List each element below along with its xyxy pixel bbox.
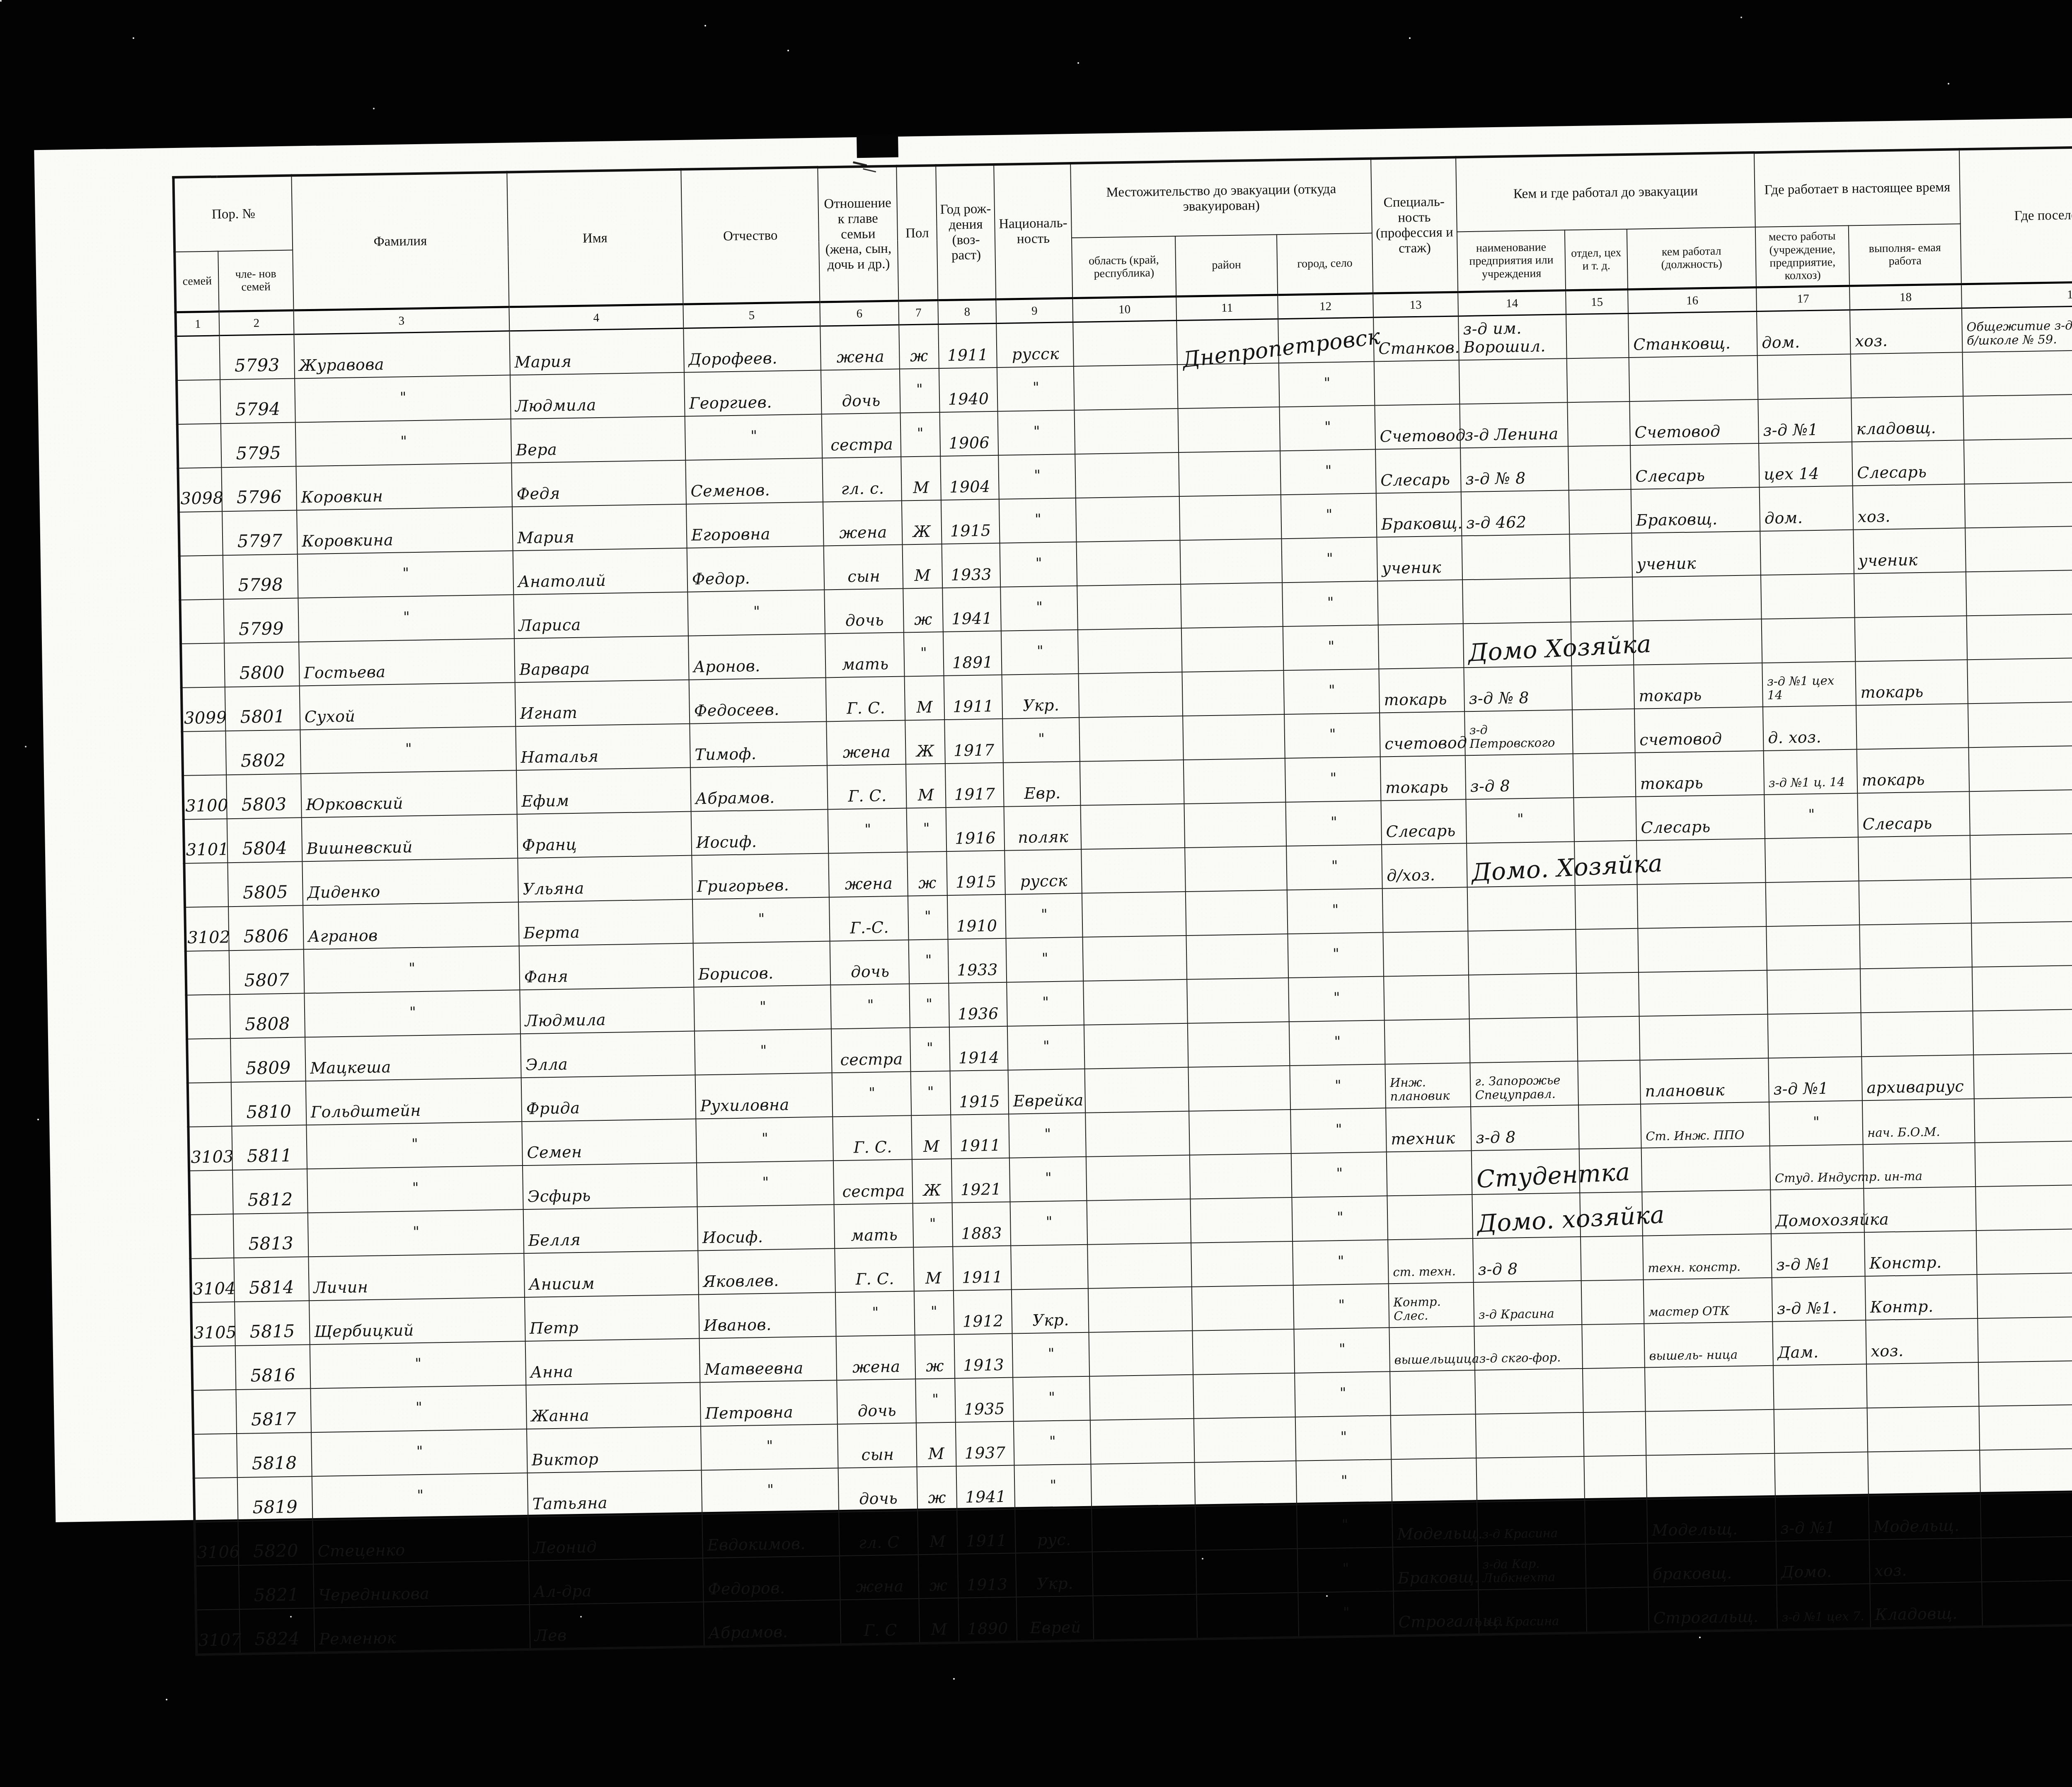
cell-vyp: Контр. (1865, 1274, 1978, 1320)
cell-nat (1011, 1245, 1088, 1290)
cell-otd (1573, 753, 1636, 798)
header-sub-members: чле- нов семей (218, 250, 293, 312)
cell-mes: Домохозяйка (1770, 1188, 1864, 1234)
cell-spec: Слесарь (1375, 448, 1461, 493)
handwritten-entry: нач. Б.О.М. (1867, 1125, 1940, 1140)
cell-sex: Ж (905, 720, 945, 764)
cell-spec: техник (1386, 1107, 1472, 1152)
cell-rel: жена (820, 325, 900, 370)
cell-kem: счетовод (1634, 707, 1764, 753)
cell-yr: 1914 (949, 1026, 1008, 1071)
cell-rel: дочь (824, 589, 904, 634)
cell-nat: " (1013, 1376, 1090, 1422)
cell-pred (1467, 885, 1576, 931)
header-poselen: Где поселен (адрес) (1959, 146, 2072, 284)
cell-vyp: Кладовщ. (1870, 1582, 1982, 1628)
cell-pred: г. Запорожье Спецуправл. (1470, 1061, 1578, 1107)
cell-sur: Гольдштейн (306, 1078, 522, 1125)
cell-n: 5810 (231, 1081, 307, 1126)
cell-pos: " (1973, 1008, 2072, 1055)
cell-sex: М (919, 1598, 959, 1643)
cell-pos: " (1970, 832, 2072, 879)
cell-pat: Дорофеев. (683, 326, 821, 372)
cell-sur: Стеценко (312, 1517, 529, 1564)
cell-obl (1087, 1243, 1192, 1289)
cell-sex: ж (915, 1335, 955, 1379)
handwritten-entry: з-д скго-фор. (1479, 1351, 1561, 1366)
cell-rel: гл. С (839, 1511, 918, 1556)
cell-obl (1091, 1463, 1195, 1508)
cell-n: 5818 (237, 1432, 312, 1477)
cell-mes: з-д №1. (1772, 1276, 1866, 1322)
cell-gor: " (1293, 1240, 1389, 1285)
cell-obl (1075, 409, 1179, 454)
cell-sex: М (901, 456, 941, 501)
cell-pred: Студентка (1472, 1149, 1580, 1195)
cell-kem: вышель- ница (1644, 1322, 1773, 1368)
header-mesto-raboty: место работы (учреждение, предприятие, к… (1755, 226, 1849, 288)
cell-sur: Вишневский (302, 814, 518, 861)
cell-sex: " (914, 1291, 954, 1335)
cell-f (187, 1038, 231, 1083)
cell-pos: " (1969, 788, 2072, 835)
cell-yr: 1935 (955, 1378, 1014, 1422)
cell-nat: " (1007, 1025, 1085, 1070)
cell-nam: Виктор (527, 1426, 702, 1473)
cell-yr: 1915 (946, 851, 1005, 895)
cell-spec: Инж. плановик (1385, 1063, 1471, 1108)
cell-pos: " (1975, 1139, 2072, 1187)
cell-sex: " (915, 1378, 956, 1423)
cell-sur: Журавова (294, 331, 510, 379)
cell-otd (1581, 1236, 1644, 1281)
cell-gor: " (1285, 800, 1382, 846)
cell-sur: " (304, 946, 520, 993)
handwritten-entry: вышельщица (1394, 1352, 1479, 1367)
cell-nat: " (1001, 630, 1079, 675)
cell-pos (1980, 1490, 2072, 1538)
cell-spec: Контр. Слес. (1389, 1282, 1474, 1328)
cell-pred: з-д Красина (1477, 1500, 1585, 1546)
cell-mes: дом. (1760, 486, 1854, 531)
cell-kem (1637, 883, 1767, 929)
cell-sur: Ременюк (314, 1605, 530, 1653)
header-birth-year: Год рож- дения (воз- раст) (936, 164, 996, 300)
cell-gor: " (1298, 1591, 1394, 1637)
cell-spec (1384, 975, 1469, 1020)
cell-rel: " (830, 984, 910, 1029)
header-oblast: область (край, республика) (1072, 236, 1176, 298)
cell-gor: " (1282, 581, 1378, 627)
cell-pos: " (1963, 393, 2072, 440)
cell-vyp (1858, 835, 1971, 881)
cell-pat: " (694, 985, 831, 1031)
cell-obl (1087, 1199, 1191, 1245)
cell-nam: Лариса (513, 592, 688, 639)
cell-kem: Модельщ. (1647, 1497, 1776, 1543)
cell-sur: " (298, 595, 514, 642)
cell-kem: техн. констр. (1643, 1234, 1772, 1280)
cell-nam: Татьяна (528, 1470, 702, 1517)
cell-otd (1568, 445, 1631, 490)
cell-pred: з-д № 8 (1464, 666, 1572, 711)
cell-n: 5814 (234, 1257, 309, 1302)
cell-nat: Укр. (1012, 1289, 1089, 1334)
cell-yr: 1911 (938, 323, 997, 368)
header-otdel: отдел, цех и т. д. (1565, 229, 1628, 290)
cell-sur: Чередникова (313, 1561, 530, 1608)
cell-yr: 1937 (956, 1422, 1014, 1466)
cell-obl (1089, 1375, 1194, 1420)
cell-sex: Ж (902, 500, 942, 544)
cell-pred: з-д Ленина (1460, 402, 1568, 448)
cell-obl (1085, 1111, 1190, 1157)
cell-rel: Г. С. (833, 1115, 912, 1161)
cell-nat: Евр. (1003, 762, 1081, 807)
cell-pred: з-д скго-фор. (1474, 1325, 1583, 1370)
cell-gor: " (1281, 493, 1377, 539)
cell-f: 3104 (190, 1258, 235, 1303)
cell-nam: Жанна (526, 1382, 701, 1429)
cell-sex: " (900, 368, 940, 413)
cell-yr: 1890 (959, 1597, 1017, 1643)
cell-spec: токарь (1380, 755, 1466, 800)
cell-spec (1382, 887, 1468, 932)
cell-sex: " (910, 1027, 950, 1071)
cell-n: 5793 (219, 334, 295, 380)
cell-sex: " (907, 808, 947, 852)
cell-pos (1982, 1578, 2072, 1626)
cell-pos: " (1963, 349, 2072, 396)
cell-nat: Укр. (1002, 674, 1080, 719)
cell-gor: " (1296, 1459, 1392, 1505)
cell-yr: 1940 (939, 368, 998, 412)
cell-rai (1196, 1593, 1299, 1639)
cell-rel: дочь (837, 1379, 916, 1424)
cell-rel: дочь (821, 369, 900, 414)
cell-sur: Диденко (302, 858, 518, 905)
cell-sur: Коровкина (297, 507, 513, 554)
cell-nam: Анна (525, 1338, 700, 1385)
cell-vyp (1861, 1011, 1974, 1057)
col-number: 3 (294, 307, 510, 334)
cell-gor: " (1293, 1284, 1389, 1329)
cell-pat: Егоровна (686, 502, 824, 548)
cell-pos: " (1969, 744, 2072, 791)
handwritten-entry: з-д Красина (1483, 1614, 1559, 1629)
cell-obl (1076, 496, 1180, 542)
cell-otd (1576, 929, 1639, 973)
cell-pat: Петровна (700, 1380, 838, 1426)
cell-f: 3100 (183, 775, 227, 820)
cell-vyp: хоз. (1866, 1318, 1978, 1364)
cell-pat: Иванов. (699, 1292, 836, 1338)
cell-otd (1586, 1587, 1649, 1633)
cell-rel: " (835, 1291, 915, 1336)
cell-pos (1979, 1403, 2072, 1450)
cell-nam: Элла (520, 1031, 695, 1078)
cell-kem: ученик (1631, 531, 1761, 577)
cell-n: 5813 (233, 1213, 309, 1258)
cell-pred: з-д 8 (1465, 754, 1574, 799)
cell-otd (1566, 313, 1629, 358)
cell-otd (1569, 489, 1632, 534)
cell-yr: 1911 (951, 1114, 1009, 1159)
cell-pred (1459, 358, 1568, 404)
cell-spec: Браковщ. (1393, 1546, 1479, 1591)
col-number: 16 (1628, 288, 1757, 314)
cell-pat: Федосеев. (689, 677, 827, 723)
cell-spec: ст. техн. (1388, 1238, 1474, 1284)
cell-mes: з-д №1 (1775, 1496, 1869, 1541)
cell-nam: Людмила (520, 987, 695, 1034)
cell-rel: Г. С. (827, 764, 907, 809)
cell-rel: жена (836, 1335, 916, 1380)
cell-pos: " (1975, 1183, 2072, 1231)
cell-pat: Евдокимов. (702, 1512, 840, 1558)
header-kem-rabotal: кем работал (должность) (1627, 227, 1756, 289)
cell-pred: з-да Кар. Либкнехта (1478, 1544, 1586, 1590)
cell-rai (1187, 978, 1289, 1023)
cell-vyp (1859, 879, 1972, 925)
col-number: 5 (683, 302, 820, 328)
cell-f (192, 1346, 236, 1390)
cell-mes: з-д №1 ц. 14 (1764, 749, 1858, 795)
cell-yr: 1941 (942, 587, 1001, 632)
cell-rel: сестра (831, 1028, 911, 1073)
cell-gor: " (1279, 362, 1375, 407)
cell-obl (1082, 936, 1187, 981)
handwritten-entry: з-д Красина (1479, 1307, 1554, 1322)
cell-n: 5798 (223, 554, 298, 599)
cell-sex: М (905, 676, 945, 720)
cell-nam: Ал-дра (529, 1558, 704, 1605)
cell-spec: вышельщица (1389, 1326, 1475, 1371)
cell-spec (1383, 931, 1469, 976)
cell-sex: " (909, 983, 949, 1028)
cell-f (184, 863, 228, 907)
cell-n: 5811 (232, 1125, 307, 1170)
cell-nat: " (999, 498, 1077, 543)
cell-n: 5801 (225, 686, 300, 731)
cell-vyp: кладовщ. (1851, 396, 1964, 442)
cell-pat: Иосиф. (691, 809, 829, 855)
scanned-document-screen: Пор. № Фамилия Имя Отчество Отношение к … (0, 0, 2072, 1787)
cell-kem: плановик (1640, 1058, 1769, 1104)
cell-f (182, 731, 226, 776)
cell-gor: " (1288, 932, 1384, 978)
cell-mes (1766, 925, 1860, 970)
cell-n: 5809 (230, 1037, 306, 1082)
cell-rel: сын (824, 545, 903, 590)
cell-sur: Гостьева (299, 638, 515, 686)
cell-nam: Вера (511, 416, 686, 463)
cell-sur: " (312, 1473, 528, 1520)
cell-vyp: хоз. (1869, 1538, 1982, 1584)
cell-sur: " (300, 726, 516, 774)
cell-kem: Браковщ. (1631, 487, 1760, 533)
cell-gor: " (1289, 1020, 1385, 1066)
cell-pos: " (1967, 656, 2072, 704)
cell-gor: " (1284, 713, 1380, 758)
cell-nam: Эсфирь (523, 1163, 697, 1210)
handwritten-entry: Инж. плановик (1390, 1075, 1467, 1104)
header-relation: Отношение к главе семьи (жена, сын, дочь… (818, 166, 898, 302)
cell-nat: " (1000, 542, 1077, 587)
cell-kem: Ст. Инж. ППО (1641, 1102, 1770, 1148)
header-predpriyatie: наименование предприятия или учреждения (1457, 230, 1566, 292)
cell-rai (1194, 1461, 1297, 1506)
cell-rai (1190, 1197, 1293, 1243)
cell-vyp (1868, 1450, 1980, 1496)
cell-mes: з-д №1 цех 14 (1762, 661, 1856, 707)
cell-rai: Днепропетровск (1176, 319, 1279, 365)
cell-obl (1092, 1550, 1197, 1596)
cell-n: 5817 (236, 1388, 311, 1434)
cell-otd (1575, 885, 1638, 929)
cell-rai (1195, 1505, 1297, 1550)
cell-n: 5794 (220, 379, 295, 424)
cell-yr: 1917 (944, 719, 1003, 764)
cell-n: 5806 (228, 905, 304, 950)
cell-rai (1196, 1549, 1298, 1594)
cell-vyp: Модельщ. (1869, 1494, 1981, 1540)
cell-yr: 1933 (948, 938, 1007, 983)
cell-kem (1629, 355, 1758, 401)
cell-sex: ж (917, 1466, 957, 1511)
cell-gor: " (1292, 1196, 1388, 1241)
cell-rel: жена (826, 720, 906, 765)
cell-pat: Георгиев. (684, 370, 822, 416)
cell-obl (1079, 672, 1183, 718)
cell-f: 3099 (182, 687, 226, 732)
cell-n: 5795 (221, 423, 296, 468)
cell-pat: " (687, 590, 825, 636)
col-number: 15 (1566, 289, 1628, 314)
cell-nam: Мария (512, 504, 687, 551)
cell-mes: з-д №1 цех 7. (1777, 1584, 1871, 1630)
cell-pat: " (697, 1161, 834, 1207)
cell-otd (1582, 1324, 1645, 1369)
col-number: 2 (219, 310, 294, 336)
handwritten-entry: г. Запорожье Спецуправл. (1475, 1073, 1575, 1102)
cell-f: 3103 (188, 1126, 232, 1171)
cell-rai (1179, 495, 1282, 540)
cell-kem: мастер ОТК (1644, 1278, 1773, 1324)
cell-sur: " (310, 1385, 527, 1432)
cell-nat: рус. (1015, 1508, 1092, 1553)
cell-pat: " (692, 897, 830, 943)
cell-obl (1089, 1331, 1193, 1376)
cell-yr: 1904 (940, 455, 999, 500)
cell-mes (1762, 617, 1856, 663)
cell-sex: ж (918, 1554, 959, 1598)
cell-obl (1074, 365, 1178, 410)
cell-vyp (1860, 967, 1973, 1013)
cell-pred: з-д Красина (1478, 1588, 1587, 1635)
cell-pos: " (1971, 920, 2072, 967)
cell-nat: " (1014, 1464, 1092, 1509)
cell-nat: Укр. (1016, 1552, 1093, 1597)
cell-gor: " (1291, 1152, 1387, 1197)
cell-pat: Федоров. (703, 1556, 840, 1602)
cell-spec (1391, 1458, 1477, 1503)
cell-nat: Еврейка (1008, 1069, 1086, 1114)
cell-spec: Модельщ. (1392, 1502, 1478, 1547)
cell-pos (1980, 1446, 2072, 1494)
cell-rai (1193, 1373, 1295, 1419)
cell-mes (1760, 530, 1854, 575)
cell-gor: " (1286, 844, 1382, 890)
header-residence-group: Местожительство до эвакуации (откуда эва… (1070, 159, 1372, 238)
cell-nam: Леонид (528, 1514, 703, 1561)
cell-kem (1645, 1366, 1774, 1412)
cell-n: 5805 (228, 861, 303, 907)
cell-otd (1578, 1104, 1641, 1149)
cell-pos (1981, 1534, 2072, 1581)
cell-spec (1385, 1019, 1470, 1064)
cell-sex: " (908, 895, 948, 940)
cell-vyp: ученик (1853, 528, 1966, 573)
col-number: 14 (1458, 290, 1566, 316)
cell-pred: з-д 8 (1473, 1237, 1581, 1282)
cell-nam: Мария (509, 328, 684, 375)
cell-f (192, 1390, 237, 1434)
handwritten-entry: Контр. Слес. (1393, 1294, 1470, 1323)
cell-pat: Григорьев. (692, 853, 829, 899)
header-work-before-group: Кем и где работал до эвакуации (1456, 152, 1755, 232)
handwritten-entry: з-д №1 цех 14 (1767, 673, 1852, 702)
cell-yr: 1911 (957, 1509, 1016, 1554)
header-vypolnyaemaya: выполня- емая работа (1849, 224, 1961, 286)
cell-otd (1583, 1412, 1646, 1456)
cell-spec (1378, 624, 1464, 669)
cell-rai (1180, 539, 1282, 584)
cell-pat: Федор. (687, 546, 825, 592)
cell-rel: жена (828, 852, 908, 897)
cell-rel: " (828, 808, 908, 853)
cell-kem (1632, 575, 1762, 621)
cell-pat: Абрамов. (704, 1600, 841, 1647)
col-number: 17 (1756, 286, 1850, 312)
cell-rai (1184, 802, 1286, 848)
cell-sex: ж (907, 851, 947, 896)
cell-spec (1387, 1151, 1472, 1196)
cell-nat: " (1007, 981, 1084, 1026)
cell-sur: " (311, 1429, 528, 1476)
cell-rai (1179, 451, 1281, 496)
cell-rel: дочь (838, 1467, 918, 1512)
cell-vyp (1856, 704, 1969, 749)
cell-mes: дом. (1757, 310, 1851, 355)
cell-sex: М (916, 1422, 956, 1467)
cell-f (188, 1082, 232, 1127)
cell-yr: 1921 (951, 1158, 1010, 1203)
cell-yr: 1913 (954, 1334, 1013, 1378)
cell-sur: " (310, 1341, 526, 1388)
cell-mes: з-д №1 (1771, 1232, 1865, 1278)
cell-rai (1192, 1329, 1295, 1375)
cell-sur: Агранов (303, 902, 519, 949)
handwritten-entry: з-д №1 цех 7. (1782, 1609, 1864, 1624)
cell-nam: Варвара (514, 636, 689, 683)
cell-mes: цех 14 (1759, 442, 1853, 488)
cell-yr: 1911 (944, 675, 1003, 720)
cell-rel: сестра (833, 1159, 913, 1204)
handwritten-entry: Студ. Индустр. ин-та (1775, 1169, 1923, 1185)
cell-pos: " (1972, 964, 2072, 1011)
cell-n: 5821 (239, 1564, 314, 1609)
